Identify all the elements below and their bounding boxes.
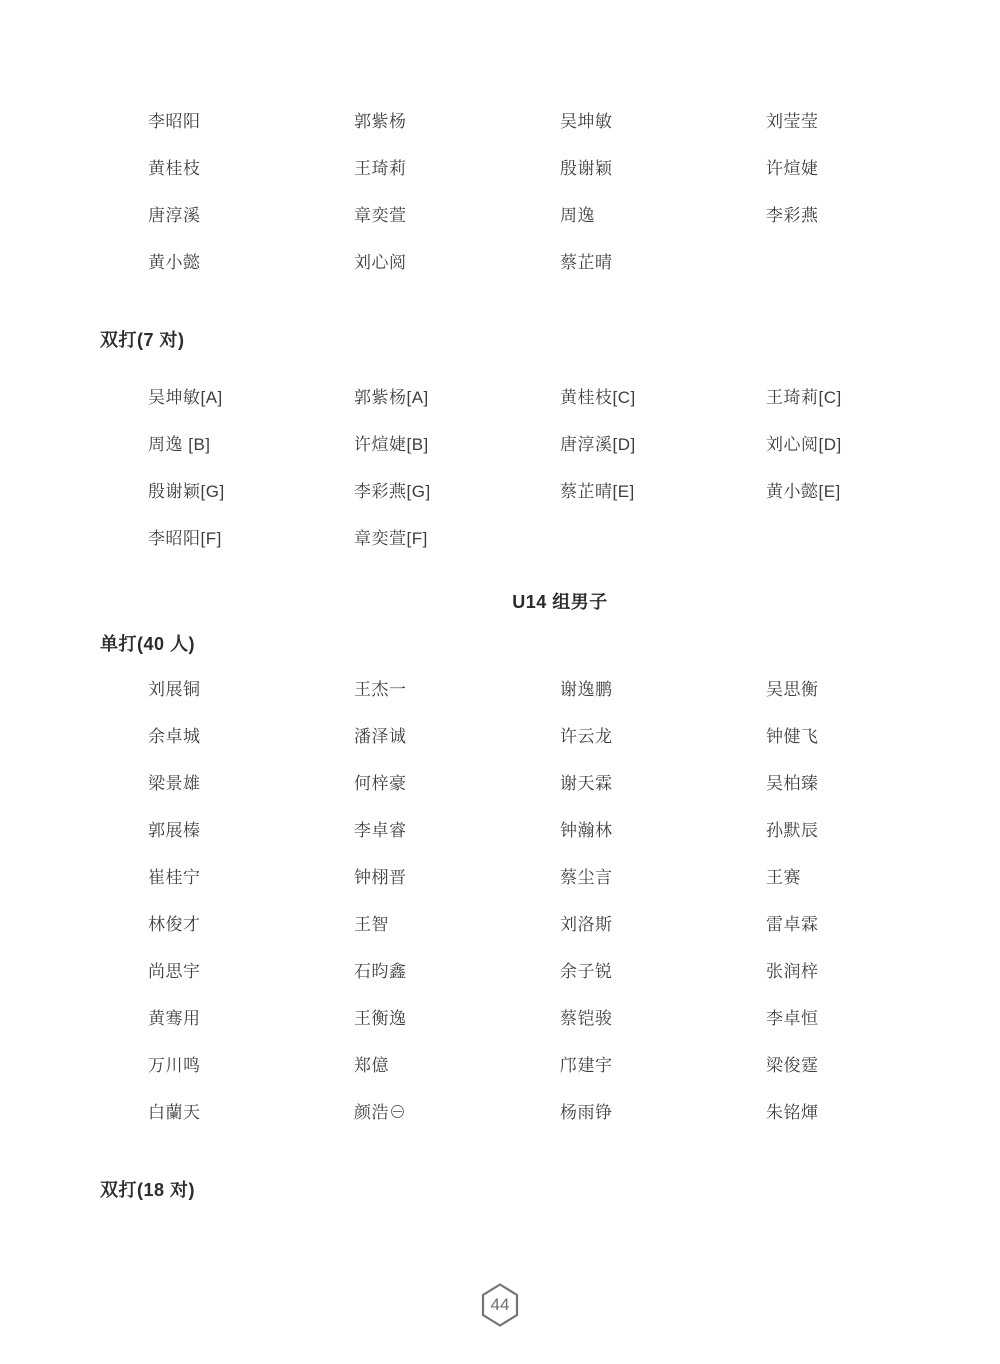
name-row: 余卓城 潘泽诚 许云龙 钟健飞	[148, 711, 1000, 758]
name-row: 唐淳溪 章奕萱 周逸 李彩燕	[148, 190, 1000, 237]
page-number-badge: 44	[480, 1283, 520, 1327]
player-name: 刘展铜	[148, 675, 354, 700]
player-name: 王琦莉[C]	[766, 383, 972, 408]
player-name: 许煊婕[B]	[354, 430, 560, 455]
name-row: 崔桂宁 钟栩晋 蔡尘言 王赛	[148, 852, 1000, 899]
player-name: 吴坤敏	[560, 107, 766, 132]
player-name: 刘心阅	[354, 248, 560, 273]
player-name: 蔡芷晴	[560, 248, 766, 273]
name-row: 黄桂枝 王琦莉 殷谢颖 许煊婕	[148, 143, 1000, 190]
name-row: 黄骞用 王衡逸 蔡铠骏 李卓恒	[148, 993, 1000, 1040]
player-name: 黄骞用	[148, 1004, 354, 1029]
player-name: 郭紫杨	[354, 107, 560, 132]
player-name: 朱铭煇	[766, 1098, 972, 1123]
player-name: 林俊才	[148, 910, 354, 935]
player-name: 吴坤敏[A]	[148, 383, 354, 408]
name-row: 白蘭天 颜浩⊖ 杨雨铮 朱铭煇	[148, 1087, 1000, 1134]
page-footer: 44	[0, 1283, 1000, 1327]
player-name: 潘泽诚	[354, 722, 560, 747]
page-content: 李昭阳 郭紫杨 吴坤敏 刘莹莹 黄桂枝 王琦莉 殷谢颖 许煊婕 唐淳溪 章奕萱 …	[0, 0, 1000, 1203]
player-name: 张润梓	[766, 957, 972, 982]
player-name: 殷谢颖	[560, 154, 766, 179]
name-row: 李昭阳[F] 章奕萱[F]	[148, 513, 1000, 560]
player-name: 郭紫杨[A]	[354, 383, 560, 408]
player-name: 郭展榛	[148, 816, 354, 841]
player-name: 颜浩⊖	[354, 1098, 560, 1123]
player-name: 许云龙	[560, 722, 766, 747]
u14-boys-group-title: U14 组男子	[148, 590, 972, 615]
player-name: 黄桂枝[C]	[560, 383, 766, 408]
name-row: 吴坤敏[A] 郭紫杨[A] 黄桂枝[C] 王琦莉[C]	[148, 372, 1000, 419]
player-name: 王琦莉	[354, 154, 560, 179]
player-name: 钟健飞	[766, 722, 972, 747]
page-number: 44	[480, 1283, 520, 1327]
player-name: 石昀鑫	[354, 957, 560, 982]
player-name: 何梓豪	[354, 769, 560, 794]
name-row: 周逸 [B] 许煊婕[B] 唐淳溪[D] 刘心阅[D]	[148, 419, 1000, 466]
player-name: 蔡尘言	[560, 863, 766, 888]
player-name: 梁俊霆	[766, 1051, 972, 1076]
player-name: 万川鸣	[148, 1051, 354, 1076]
prev-group-singles-grid: 李昭阳 郭紫杨 吴坤敏 刘莹莹 黄桂枝 王琦莉 殷谢颖 许煊婕 唐淳溪 章奕萱 …	[148, 96, 1000, 284]
player-name: 崔桂宁	[148, 863, 354, 888]
player-name: 许煊婕	[766, 154, 972, 179]
player-name: 王杰一	[354, 675, 560, 700]
u14-boys-singles-grid: 刘展铜 王杰一 谢逸鹏 吴思衡 余卓城 潘泽诚 许云龙 钟健飞 梁景雄 何梓豪 …	[148, 664, 1000, 1134]
player-name: 刘洛斯	[560, 910, 766, 935]
name-row: 郭展榛 李卓睿 钟瀚林 孙默辰	[148, 805, 1000, 852]
player-name: 黄桂枝	[148, 154, 354, 179]
player-name: 章奕萱	[354, 201, 560, 226]
player-name: 钟栩晋	[354, 863, 560, 888]
player-name: 王智	[354, 910, 560, 935]
name-row: 万川鸣 郑億 邝建宇 梁俊霆	[148, 1040, 1000, 1087]
doubles-7-heading: 双打(7 对)	[100, 328, 1000, 353]
player-name: 王赛	[766, 863, 972, 888]
name-row: 李昭阳 郭紫杨 吴坤敏 刘莹莹	[148, 96, 1000, 143]
player-name: 周逸 [B]	[148, 430, 354, 455]
prev-group-doubles-grid: 吴坤敏[A] 郭紫杨[A] 黄桂枝[C] 王琦莉[C] 周逸 [B] 许煊婕[B…	[148, 372, 1000, 560]
player-name: 吴柏臻	[766, 769, 972, 794]
player-name: 李昭阳	[148, 107, 354, 132]
player-name: 刘心阅[D]	[766, 430, 972, 455]
name-row: 黄小懿 刘心阅 蔡芷晴	[148, 237, 1000, 284]
player-name: 唐淳溪[D]	[560, 430, 766, 455]
name-row: 尚思宇 石昀鑫 余子锐 张润梓	[148, 946, 1000, 993]
player-name: 钟瀚林	[560, 816, 766, 841]
player-name: 殷谢颖[G]	[148, 477, 354, 502]
player-name: 黄小懿	[148, 248, 354, 273]
player-name: 李昭阳[F]	[148, 524, 354, 549]
player-name: 刘莹莹	[766, 107, 972, 132]
player-name: 雷卓霖	[766, 910, 972, 935]
player-name: 余卓城	[148, 722, 354, 747]
player-name: 孙默辰	[766, 816, 972, 841]
player-name: 蔡铠骏	[560, 1004, 766, 1029]
player-name: 吴思衡	[766, 675, 972, 700]
singles-40-heading: 单打(40 人)	[100, 632, 1000, 657]
player-name: 白蘭天	[148, 1098, 354, 1123]
player-name: 章奕萱[F]	[354, 524, 560, 549]
player-name: 杨雨铮	[560, 1098, 766, 1123]
document-page: 李昭阳 郭紫杨 吴坤敏 刘莹莹 黄桂枝 王琦莉 殷谢颖 许煊婕 唐淳溪 章奕萱 …	[0, 0, 1000, 1364]
name-row: 殷谢颖[G] 李彩燕[G] 蔡芷晴[E] 黄小懿[E]	[148, 466, 1000, 513]
player-name: 谢逸鹏	[560, 675, 766, 700]
name-row: 梁景雄 何梓豪 谢天霖 吴柏臻	[148, 758, 1000, 805]
name-row: 林俊才 王智 刘洛斯 雷卓霖	[148, 899, 1000, 946]
player-name: 李彩燕[G]	[354, 477, 560, 502]
player-name: 李卓恒	[766, 1004, 972, 1029]
player-name: 周逸	[560, 201, 766, 226]
player-name: 王衡逸	[354, 1004, 560, 1029]
player-name: 黄小懿[E]	[766, 477, 972, 502]
player-name: 邝建宇	[560, 1051, 766, 1076]
player-name: 余子锐	[560, 957, 766, 982]
name-row: 刘展铜 王杰一 谢逸鹏 吴思衡	[148, 664, 1000, 711]
player-name: 谢天霖	[560, 769, 766, 794]
doubles-18-heading: 双打(18 对)	[100, 1178, 1000, 1203]
player-name: 梁景雄	[148, 769, 354, 794]
player-name: 蔡芷晴[E]	[560, 477, 766, 502]
player-name: 尚思宇	[148, 957, 354, 982]
player-name: 郑億	[354, 1051, 560, 1076]
player-name: 李卓睿	[354, 816, 560, 841]
player-name: 李彩燕	[766, 201, 972, 226]
player-name: 唐淳溪	[148, 201, 354, 226]
